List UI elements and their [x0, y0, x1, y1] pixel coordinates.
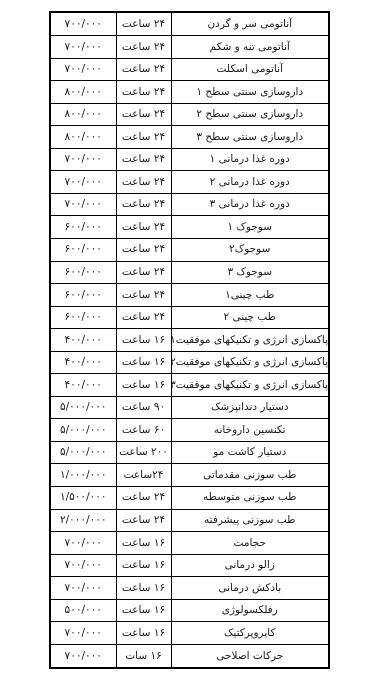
table-row: پاکسازی انرژی و تکنیکهای موفقیت۲ ۱۶ ساعت… — [50, 351, 329, 374]
table-row: طب سوزنی متوسطه ۲۴ ساعت ۱/۵۰۰/۰۰۰ — [50, 486, 329, 509]
course-hours-cell: ۲۴ ساعت — [116, 509, 171, 532]
course-hours-cell: ۶۰ ساعت — [116, 419, 171, 442]
table-row: تکنسین داروخانه ۶۰ ساعت ۵/۰۰۰/۰۰۰ — [50, 419, 329, 442]
course-hours-cell: ۲۴ ساعت — [116, 193, 171, 216]
course-price-cell: ۶۰۰/۰۰۰ — [50, 284, 116, 307]
table-row: آناتومی سر و گردن ۲۴ ساعت ۷۰۰/۰۰۰ — [50, 12, 329, 36]
course-name-cell: داروسازی سنتی سطح ۲ — [171, 103, 329, 126]
course-name-cell: سوجوک ۱ — [171, 216, 329, 239]
course-hours-cell: ۲۴ ساعت — [116, 126, 171, 149]
course-hours-cell: ۲۴ ساعت — [116, 486, 171, 509]
course-name-cell: دوره غذا درمانی ۳ — [171, 193, 329, 216]
course-hours-cell: ۱۶ ساعت — [116, 532, 171, 555]
table-row: آناتومی اسکلت ۲۴ ساعت ۷۰۰/۰۰۰ — [50, 58, 329, 81]
course-name-cell: آناتومی تنه و شکم — [171, 36, 329, 59]
course-name-cell: تکنسین داروخانه — [171, 419, 329, 442]
course-hours-cell: ۱۶ ساعت — [116, 329, 171, 352]
table-row: حجامت ۱۶ ساعت ۷۰۰/۰۰۰ — [50, 532, 329, 555]
table-row: سوجوک ۱ ۲۴ ساعت ۶۰۰/۰۰۰ — [50, 216, 329, 239]
course-hours-cell: ۱۶ ساعت — [116, 622, 171, 645]
course-hours-cell: ۲۰۰ ساعت — [116, 441, 171, 464]
course-price-table-body: آناتومی سر و گردن ۲۴ ساعت ۷۰۰/۰۰۰ آناتوم… — [50, 12, 329, 668]
course-hours-cell: ۲۴ ساعت — [116, 58, 171, 81]
course-hours-cell: ۱۶ ساعت — [116, 577, 171, 600]
course-price-cell: ۷۰۰/۰۰۰ — [50, 58, 116, 81]
table-row: پاکسازی انرژی و تکنیکهای موفقیت۱ ۱۶ ساعت… — [50, 329, 329, 352]
course-name-cell: طب چینی ۲ — [171, 306, 329, 329]
course-name-cell: آناتومی اسکلت — [171, 58, 329, 81]
course-name-cell: داروسازی سنتی سطح ۳ — [171, 126, 329, 149]
table-row: سوجوک۲ ۲۴ ساعت ۶۰۰/۰۰۰ — [50, 238, 329, 261]
course-name-cell: پاکسازی انرژی و تکنیکهای موفقیت۳ — [171, 374, 329, 397]
table-row: طب سوزنی پیشرفته ۲۴ ساعت ۲/۰۰۰/۰۰۰ — [50, 509, 329, 532]
course-hours-cell: ۲۴ ساعت — [116, 238, 171, 261]
course-price-cell: ۴۰۰/۰۰۰ — [50, 374, 116, 397]
table-row: آناتومی تنه و شکم ۲۴ ساعت ۷۰۰/۰۰۰ — [50, 36, 329, 59]
document-page: { "colors": { "background": "#ffffff", "… — [0, 0, 377, 681]
course-hours-cell: ۲۴ساعت — [116, 464, 171, 487]
course-name-cell: طب چینی۱ — [171, 284, 329, 307]
table-row: رفلکسولوژی ۱۶ ساعت ۵۰۰/۰۰۰ — [50, 599, 329, 622]
course-hours-cell: ۱۶ ساعت — [116, 554, 171, 577]
course-price-cell: ۱/۰۰۰/۰۰۰ — [50, 464, 116, 487]
course-name-cell: رفلکسولوژی — [171, 599, 329, 622]
course-price-cell: ۷۰۰/۰۰۰ — [50, 554, 116, 577]
course-hours-cell: ۹۰ ساعت — [116, 396, 171, 419]
course-price-cell: ۸۰۰/۰۰۰ — [50, 103, 116, 126]
course-hours-cell: ۱۶ سات — [116, 644, 171, 668]
course-hours-cell: ۲۴ ساعت — [116, 36, 171, 59]
course-hours-cell: ۲۴ ساعت — [116, 216, 171, 239]
course-price-cell: ۷۰۰/۰۰۰ — [50, 193, 116, 216]
table-row: پاکسازی انرژی و تکنیکهای موفقیت۳ ۱۶ ساعت… — [50, 374, 329, 397]
course-price-cell: ۶۰۰/۰۰۰ — [50, 306, 116, 329]
course-hours-cell: ۱۶ ساعت — [116, 351, 171, 374]
table-row: بادکش درمانی ۱۶ ساعت ۷۰۰/۰۰۰ — [50, 577, 329, 600]
course-hours-cell: ۲۴ ساعت — [116, 284, 171, 307]
course-price-cell: ۷۰۰/۰۰۰ — [50, 12, 116, 36]
course-price-cell: ۸۰۰/۰۰۰ — [50, 126, 116, 149]
course-name-cell: داروسازی سنتی سطح ۱ — [171, 81, 329, 104]
course-price-cell: ۵/۰۰۰/۰۰۰ — [50, 419, 116, 442]
course-name-cell: زالو درمانی — [171, 554, 329, 577]
course-hours-cell: ۲۴ ساعت — [116, 306, 171, 329]
course-price-cell: ۷۰۰/۰۰۰ — [50, 148, 116, 171]
course-price-cell: ۵۰۰/۰۰۰ — [50, 599, 116, 622]
course-hours-cell: ۲۴ ساعت — [116, 12, 171, 36]
table-row: طب چینی ۲ ۲۴ ساعت ۶۰۰/۰۰۰ — [50, 306, 329, 329]
course-price-cell: ۶۰۰/۰۰۰ — [50, 261, 116, 284]
table-row: دستیار کاشت مو ۲۰۰ ساعت ۵/۰۰۰/۰۰۰ — [50, 441, 329, 464]
course-name-cell: دوره غذا درمانی ۱ — [171, 148, 329, 171]
course-name-cell: طب سوزنی متوسطه — [171, 486, 329, 509]
course-hours-cell: ۲۴ ساعت — [116, 261, 171, 284]
table-row: داروسازی سنتی سطح ۱ ۲۴ ساعت ۸۰۰/۰۰۰ — [50, 81, 329, 104]
course-name-cell: دوره غذا درمانی ۲ — [171, 171, 329, 194]
course-hours-cell: ۲۴ ساعت — [116, 171, 171, 194]
course-price-cell: ۵/۰۰۰/۰۰۰ — [50, 441, 116, 464]
course-price-cell: ۷۰۰/۰۰۰ — [50, 171, 116, 194]
course-name-cell: بادکش درمانی — [171, 577, 329, 600]
course-name-cell: پاکسازی انرژی و تکنیکهای موفقیت۲ — [171, 351, 329, 374]
course-name-cell: سوجوک۲ — [171, 238, 329, 261]
course-hours-cell: ۲۴ ساعت — [116, 81, 171, 104]
course-name-cell: دستیار دندانپزشک — [171, 396, 329, 419]
course-price-cell: ۵/۰۰۰/۰۰۰ — [50, 396, 116, 419]
table-row: دوره غذا درمانی ۱ ۲۴ ساعت ۷۰۰/۰۰۰ — [50, 148, 329, 171]
course-price-cell: ۸۰۰/۰۰۰ — [50, 81, 116, 104]
course-hours-cell: ۱۶ ساعت — [116, 374, 171, 397]
course-name-cell: حرکات اصلاحی — [171, 644, 329, 668]
course-hours-cell: ۱۶ ساعت — [116, 599, 171, 622]
table-row: طب سوزنی مقدماتی ۲۴ساعت ۱/۰۰۰/۰۰۰ — [50, 464, 329, 487]
course-price-cell: ۴۰۰/۰۰۰ — [50, 351, 116, 374]
table-row: داروسازی سنتی سطح ۲ ۲۴ ساعت ۸۰۰/۰۰۰ — [50, 103, 329, 126]
course-price-cell: ۶۰۰/۰۰۰ — [50, 238, 116, 261]
course-price-cell: ۷۰۰/۰۰۰ — [50, 532, 116, 555]
course-name-cell: حجامت — [171, 532, 329, 555]
course-hours-cell: ۲۴ ساعت — [116, 148, 171, 171]
course-price-cell: ۷۰۰/۰۰۰ — [50, 577, 116, 600]
course-name-cell: دستیار کاشت مو — [171, 441, 329, 464]
course-price-cell: ۷۰۰/۰۰۰ — [50, 622, 116, 645]
course-price-cell: ۷۰۰/۰۰۰ — [50, 36, 116, 59]
table-row: حرکات اصلاحی ۱۶ سات ۷۰۰/۰۰۰ — [50, 644, 329, 668]
table-row: سوجوک ۳ ۲۴ ساعت ۶۰۰/۰۰۰ — [50, 261, 329, 284]
course-name-cell: پاکسازی انرژی و تکنیکهای موفقیت۱ — [171, 329, 329, 352]
table-row: طب چینی۱ ۲۴ ساعت ۶۰۰/۰۰۰ — [50, 284, 329, 307]
course-price-cell: ۱/۵۰۰/۰۰۰ — [50, 486, 116, 509]
course-price-cell: ۲/۰۰۰/۰۰۰ — [50, 509, 116, 532]
table-row: دستیار دندانپزشک ۹۰ ساعت ۵/۰۰۰/۰۰۰ — [50, 396, 329, 419]
course-hours-cell: ۲۴ ساعت — [116, 103, 171, 126]
table-row: داروسازی سنتی سطح ۳ ۲۴ ساعت ۸۰۰/۰۰۰ — [50, 126, 329, 149]
course-price-table: آناتومی سر و گردن ۲۴ ساعت ۷۰۰/۰۰۰ آناتوم… — [49, 11, 330, 669]
course-price-cell: ۷۰۰/۰۰۰ — [50, 644, 116, 668]
table-row: کایروپرکتیک ۱۶ ساعت ۷۰۰/۰۰۰ — [50, 622, 329, 645]
course-name-cell: کایروپرکتیک — [171, 622, 329, 645]
course-name-cell: سوجوک ۳ — [171, 261, 329, 284]
course-price-cell: ۶۰۰/۰۰۰ — [50, 216, 116, 239]
table-row: دوره غذا درمانی ۲ ۲۴ ساعت ۷۰۰/۰۰۰ — [50, 171, 329, 194]
table-row: زالو درمانی ۱۶ ساعت ۷۰۰/۰۰۰ — [50, 554, 329, 577]
course-price-cell: ۴۰۰/۰۰۰ — [50, 329, 116, 352]
course-name-cell: آناتومی سر و گردن — [171, 12, 329, 36]
table-row: دوره غذا درمانی ۳ ۲۴ ساعت ۷۰۰/۰۰۰ — [50, 193, 329, 216]
course-name-cell: طب سوزنی پیشرفته — [171, 509, 329, 532]
course-name-cell: طب سوزنی مقدماتی — [171, 464, 329, 487]
